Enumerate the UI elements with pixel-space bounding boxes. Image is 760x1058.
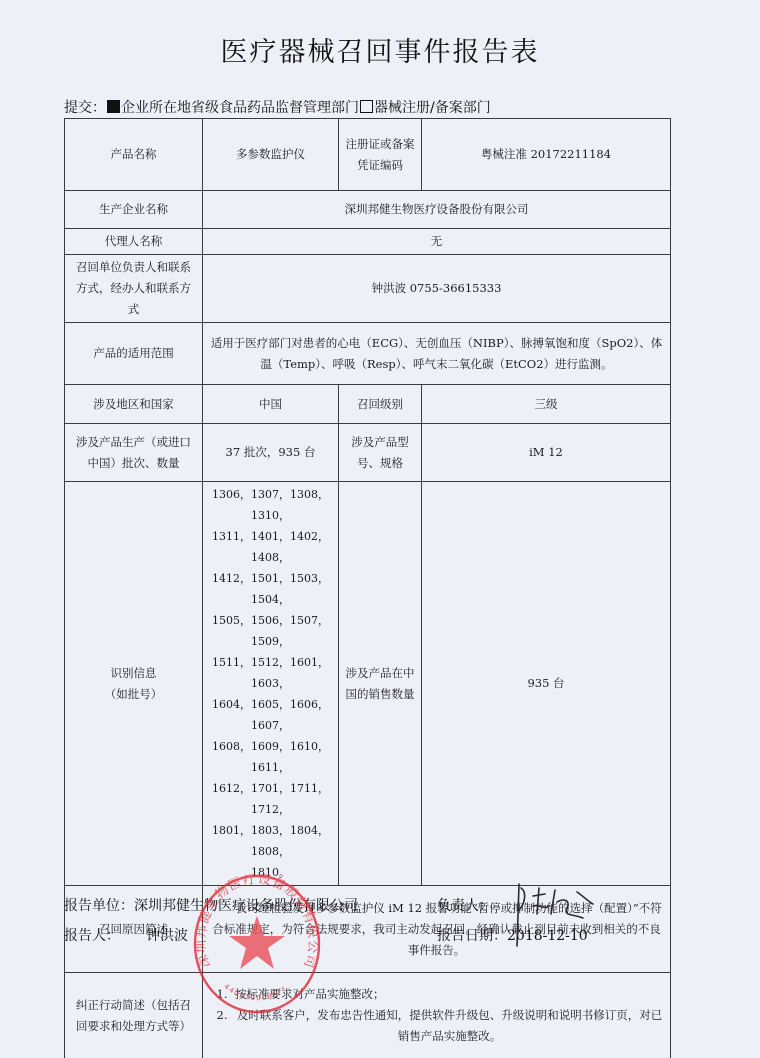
identification-sublabel: （如批号） <box>71 684 196 705</box>
batch-line: 1612，1701，1711，1712， <box>209 778 332 820</box>
row-manufacturer: 生产企业名称 深圳邦健生物医疗设备股份有限公司 <box>65 191 671 229</box>
batch-line: 1311，1401，1402，1408， <box>209 526 332 568</box>
value-batch-list: 1306，1307，1308，1310， 1311，1401，1402，1408… <box>203 482 339 886</box>
label-product-name: 产品名称 <box>65 119 203 191</box>
batch-line: 1801，1803，1804，1808， <box>209 820 332 862</box>
value-agent: 无 <box>203 229 671 255</box>
value-contact: 钟洪波 0755-36615333 <box>203 255 671 323</box>
label-china-sales: 涉及产品在中国的销售数量 <box>339 482 422 886</box>
company-seal-icon: 深圳邦健生物医疗设备股份有限公司 4403100095** <box>192 874 322 1014</box>
batch-line: 1608，1609，1610，1611， <box>209 736 332 778</box>
batch-line: 1412，1501，1503，1504， <box>209 568 332 610</box>
label-identification: 识别信息 （如批号） <box>65 482 203 886</box>
reporter-label: 报告人： <box>64 928 120 944</box>
reporter-value: 钟洪波 <box>146 928 188 944</box>
label-agent: 代理人名称 <box>65 229 203 255</box>
row-scope: 产品的适用范围 适用于医疗部门对患者的心电（ECG）、无创血压（NIBP）、脉搏… <box>65 323 671 385</box>
option-provincial-dept: 企业所在地省级食品药品监督管理部门 <box>121 100 359 116</box>
value-registration: 粤械注准 20172211184 <box>422 119 671 191</box>
value-production: 37 批次，935 台 <box>203 424 339 482</box>
row-agent: 代理人名称 无 <box>65 229 671 255</box>
document-title: 医疗器械召回事件报告表 <box>0 30 760 69</box>
signature-icon <box>505 880 605 950</box>
value-recall-level: 三级 <box>422 385 671 424</box>
label-production: 涉及产品生产（或进口中国）批次、数量 <box>65 424 203 482</box>
value-manufacturer: 深圳邦健生物医疗设备股份有限公司 <box>203 191 671 229</box>
label-registration: 注册证或备案凭证编码 <box>339 119 422 191</box>
report-date-label: 报告日期： <box>437 928 507 944</box>
value-model: iM 12 <box>422 424 671 482</box>
responsible-person-label: 负责人： <box>437 895 493 915</box>
value-product-name: 多参数监护仪 <box>203 119 339 191</box>
submit-line: 提交：企业所在地省级食品药品监督管理部门器械注册/备案部门 <box>64 97 491 117</box>
label-region: 涉及地区和国家 <box>65 385 203 424</box>
batch-line: 1505，1506，1507，1509， <box>209 610 332 652</box>
label-contact: 召回单位负责人和联系方式，经办人和联系方式 <box>65 255 203 323</box>
batch-line: 1511，1512，1601，1603， <box>209 652 332 694</box>
row-production: 涉及产品生产（或进口中国）批次、数量 37 批次，935 台 涉及产品型号、规格… <box>65 424 671 482</box>
option-registration-dept: 器械注册/备案部门 <box>374 100 491 116</box>
row-identification: 识别信息 （如批号） 1306，1307，1308，1310， 1311，140… <box>65 482 671 886</box>
row-region: 涉及地区和国家 中国 召回级别 三级 <box>65 385 671 424</box>
batch-line: 1306，1307，1308，1310， <box>209 484 332 526</box>
value-region: 中国 <box>203 385 339 424</box>
identification-label: 识别信息 <box>71 663 196 684</box>
svg-text:4403100095**: 4403100095** <box>222 982 289 1002</box>
checkbox-provincial-dept[interactable] <box>107 100 120 113</box>
value-china-sales: 935 台 <box>422 482 671 886</box>
label-manufacturer: 生产企业名称 <box>65 191 203 229</box>
report-unit-label: 报告单位： <box>64 898 134 914</box>
label-recall-level: 召回级别 <box>339 385 422 424</box>
batch-line: 1604，1605，1606，1607， <box>209 694 332 736</box>
submit-label: 提交： <box>64 100 106 116</box>
row-contact: 召回单位负责人和联系方式，经办人和联系方式 钟洪波 0755-36615333 <box>65 255 671 323</box>
seal-number: 4403100095** <box>222 982 289 1002</box>
label-scope: 产品的适用范围 <box>65 323 203 385</box>
label-corrective: 纠正行动简述（包括召回要求和处理方式等） <box>65 973 203 1058</box>
row-product: 产品名称 多参数监护仪 注册证或备案凭证编码 粤械注准 20172211184 <box>65 119 671 191</box>
row-corrective: 纠正行动简述（包括召回要求和处理方式等） 1. 按标准要求对产品实施整改； 2.… <box>65 973 671 1058</box>
label-model: 涉及产品型号、规格 <box>339 424 422 482</box>
reporter: 报告人：钟洪波 <box>64 925 188 945</box>
checkbox-registration-dept[interactable] <box>360 100 373 113</box>
value-scope: 适用于医疗部门对患者的心电（ECG）、无创血压（NIBP）、脉搏氧饱和度（SpO… <box>203 323 671 385</box>
